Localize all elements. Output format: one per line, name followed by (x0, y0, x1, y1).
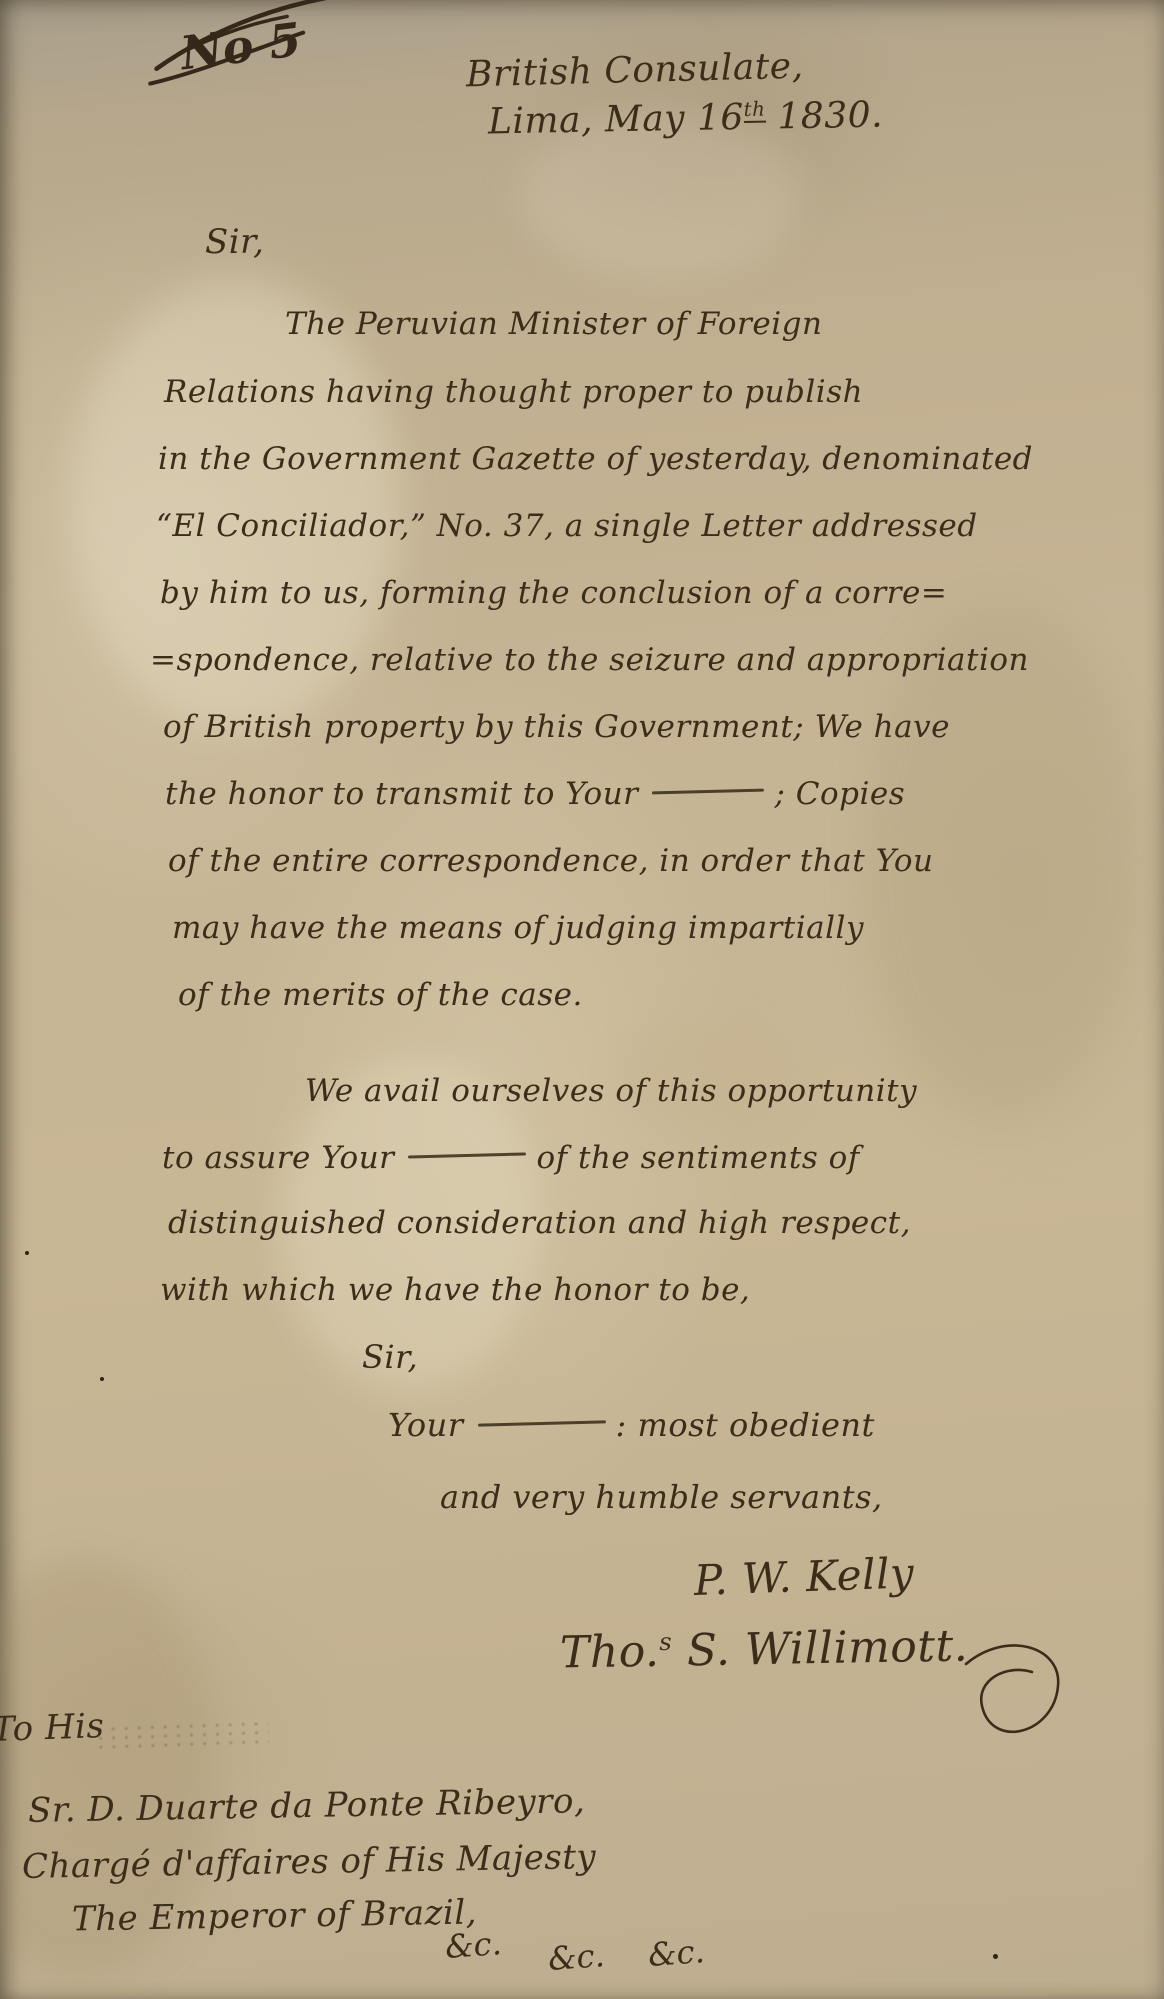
signature-superscript: s (659, 1628, 672, 1656)
flourish-stroke (966, 1645, 1058, 1731)
body-line: in the Government Gazette of yesterday, … (158, 441, 1033, 477)
body-line: may have the means of judging impartiall… (172, 910, 864, 946)
salutation: Sir, (205, 222, 265, 262)
ink-speck (100, 1377, 104, 1381)
signature-kelly: P. W. Kelly (688, 1552, 928, 1603)
ink-speck (993, 1954, 998, 1959)
signature-willimott-text: Tho. (560, 1626, 660, 1679)
blank-line-dash (408, 1152, 526, 1158)
letterhead-office: British Consulate, (466, 46, 804, 96)
letter-page: No 5 British Consulate, Lima, May 16th 1… (0, 0, 1164, 1999)
body-text: to assure Your (162, 1140, 394, 1176)
closing-line: and very humble servants, (440, 1478, 883, 1516)
signature-willimott-text: S. Willimott. (672, 1620, 969, 1676)
body-line: of British property by this Government; … (163, 709, 950, 745)
cancelled-docket-number: No 5 (133, 0, 352, 100)
body-line: with which we have the honor to be, (160, 1272, 750, 1308)
ink-speck (25, 1251, 29, 1255)
body-line: We avail ourselves of this opportunity (305, 1073, 917, 1109)
address-recipient-title: Chargé d'affaires of His Majesty (22, 1837, 597, 1887)
body-line: of the merits of the case. (178, 977, 583, 1013)
dateline-year: 1830. (765, 95, 883, 138)
etcetera-mark: &c. (444, 1924, 503, 1966)
body-line: The Peruvian Minister of Foreign (285, 306, 822, 342)
letterhead-dateline: Lima, May 16th 1830. (488, 95, 884, 143)
signature-willimott: Tho.s S. Willimott. (560, 1620, 969, 1678)
etcetera-mark: &c. (547, 1936, 606, 1978)
dateline-ordinal: th (743, 98, 765, 123)
body-text: of the sentiments of (536, 1140, 859, 1176)
body-line: =spondence, relative to the seizure and … (150, 642, 1029, 678)
body-line: by him to us, forming the conclusion of … (160, 575, 947, 611)
dateline-text: Lima, May 16 (488, 97, 745, 142)
body-text: the honor to transmit to Your (165, 776, 638, 812)
closing-text: Your (388, 1406, 464, 1444)
address-to-line: To His (0, 1706, 105, 1750)
body-line: distinguished consideration and high res… (168, 1205, 911, 1241)
address-recipient-name: Sr. D. Duarte da Ponte Ribeyro, (28, 1781, 586, 1831)
closing-text: : most obedient (616, 1406, 875, 1444)
body-text: ; Copies (774, 776, 905, 812)
signature-flourish (958, 1642, 1088, 1767)
signature-kelly-text: P. W. Kelly (687, 1548, 929, 1607)
closing-line: Your: most obedient (388, 1406, 875, 1444)
body-line: the honor to transmit to Your; Copies (165, 776, 905, 812)
body-line: “El Conciliador,” No. 37, a single Lette… (156, 508, 978, 544)
blank-line-dash (477, 1420, 605, 1426)
body-line: Relations having thought proper to publi… (164, 374, 863, 410)
erased-text-traces (94, 1719, 270, 1753)
body-line: of the entire correspondence, in order t… (168, 843, 933, 879)
closing-sir: Sir, (362, 1338, 418, 1376)
blank-line-dash (652, 789, 764, 795)
body-line: to assure Yourof the sentiments of (162, 1140, 860, 1176)
etcetera-mark: &c. (647, 1932, 706, 1974)
address-recipient-title2: The Emperor of Brazil, (72, 1892, 478, 1939)
